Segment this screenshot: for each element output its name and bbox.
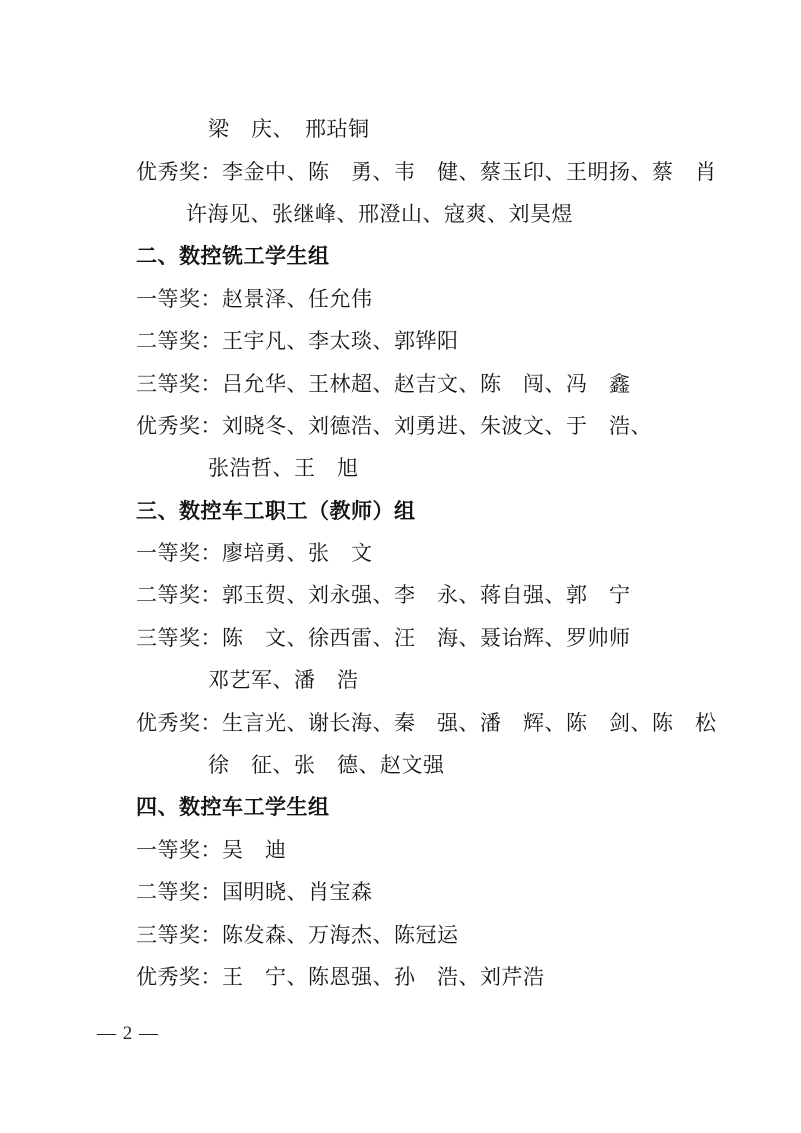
page-number: — 2 — bbox=[97, 1023, 159, 1044]
continuation-line: 许海见、张继峰、邢澄山、寇爽、刘昊煜 bbox=[136, 192, 756, 234]
award-names: 邓艺军、潘 浩 bbox=[208, 664, 359, 694]
award-names: 徐 征、张 德、赵文强 bbox=[208, 749, 445, 779]
continuation-line: 邓艺军、潘 浩 bbox=[136, 658, 756, 700]
award-label: 一等奖： bbox=[136, 537, 222, 567]
award-label: 优秀奖： bbox=[136, 707, 222, 737]
award-names: 国明晓、肖宝森 bbox=[222, 876, 373, 906]
award-line-first-prize: 一等奖：廖培勇、张 文 bbox=[136, 531, 756, 573]
award-line-first-prize: 一等奖：赵景泽、任允伟 bbox=[136, 277, 756, 319]
award-names: 许海见、张继峰、邢澄山、寇爽、刘昊煜 bbox=[186, 198, 573, 228]
award-names: 赵景泽、任允伟 bbox=[222, 283, 373, 313]
award-line-third-prize: 三等奖：陈发森、万海杰、陈冠运 bbox=[136, 912, 756, 954]
award-names: 郭玉贺、刘永强、李 永、蒋自强、郭 宁 bbox=[222, 579, 631, 609]
page-footer: — 2 — bbox=[97, 1023, 159, 1045]
award-label: 优秀奖： bbox=[136, 156, 222, 186]
award-line-excellence: 优秀奖：刘晓冬、刘德浩、刘勇进、朱波文、于 浩、 bbox=[136, 404, 756, 446]
section-heading-text: 二、数控铣工学生组 bbox=[136, 240, 330, 270]
award-names: 吕允华、王林超、赵吉文、陈 闯、冯 鑫 bbox=[222, 368, 631, 398]
award-names: 张浩哲、王 旭 bbox=[208, 452, 359, 482]
award-line-second-prize: 二等奖：王宇凡、李太琰、郭铧阳 bbox=[136, 319, 756, 361]
award-names: 生言光、谢长海、秦 强、潘 辉、陈 剑、陈 松 bbox=[222, 707, 717, 737]
section-heading-milling-students: 二、数控铣工学生组 bbox=[136, 234, 756, 276]
award-line-third-prize: 三等奖：陈 文、徐西雷、汪 海、聂诒辉、罗帅师 bbox=[136, 616, 756, 658]
award-label: 三等奖： bbox=[136, 919, 222, 949]
document-body: 梁 庆、 邢玷铜 优秀奖：李金中、陈 勇、韦 健、蔡玉印、王明扬、蔡 肖 许海见… bbox=[136, 107, 756, 997]
award-names: 李金中、陈 勇、韦 健、蔡玉印、王明扬、蔡 肖 bbox=[222, 156, 717, 186]
section-heading-turning-staff: 三、数控车工职工（教师）组 bbox=[136, 489, 756, 531]
award-line-excellence: 优秀奖：王 宁、陈恩强、孙 浩、刘芹浩 bbox=[136, 955, 756, 997]
award-label: 二等奖： bbox=[136, 579, 222, 609]
award-names: 王宇凡、李太琰、郭铧阳 bbox=[222, 325, 459, 355]
award-names: 廖培勇、张 文 bbox=[222, 537, 373, 567]
award-line-excellence: 优秀奖：生言光、谢长海、秦 强、潘 辉、陈 剑、陈 松 bbox=[136, 700, 756, 742]
award-label: 三等奖： bbox=[136, 622, 222, 652]
carryover-continuation-line: 梁 庆、 邢玷铜 bbox=[136, 107, 756, 149]
section-heading-turning-students: 四、数控车工学生组 bbox=[136, 785, 756, 827]
award-label: 二等奖： bbox=[136, 876, 222, 906]
award-names: 刘晓冬、刘德浩、刘勇进、朱波文、于 浩、 bbox=[222, 410, 652, 440]
award-names: 陈 文、徐西雷、汪 海、聂诒辉、罗帅师 bbox=[222, 622, 631, 652]
section-heading-text: 四、数控车工学生组 bbox=[136, 791, 330, 821]
award-line-second-prize: 二等奖：国明晓、肖宝森 bbox=[136, 870, 756, 912]
continuation-line: 张浩哲、王 旭 bbox=[136, 446, 756, 488]
award-names: 陈发森、万海杰、陈冠运 bbox=[222, 919, 459, 949]
award-line-first-prize: 一等奖：吴 迪 bbox=[136, 828, 756, 870]
award-line-third-prize: 三等奖：吕允华、王林超、赵吉文、陈 闯、冯 鑫 bbox=[136, 361, 756, 403]
continuation-line: 徐 征、张 德、赵文强 bbox=[136, 743, 756, 785]
award-names: 梁 庆、 邢玷铜 bbox=[208, 113, 370, 143]
award-names: 吴 迪 bbox=[222, 834, 287, 864]
section-heading-text: 三、数控车工职工（教师）组 bbox=[136, 495, 416, 525]
award-line-second-prize: 二等奖：郭玉贺、刘永强、李 永、蒋自强、郭 宁 bbox=[136, 573, 756, 615]
award-label: 优秀奖： bbox=[136, 961, 222, 991]
award-label: 一等奖： bbox=[136, 283, 222, 313]
award-names: 王 宁、陈恩强、孙 浩、刘芹浩 bbox=[222, 961, 545, 991]
award-label: 二等奖： bbox=[136, 325, 222, 355]
award-line-excellence-carryover: 优秀奖：李金中、陈 勇、韦 健、蔡玉印、王明扬、蔡 肖 bbox=[136, 149, 756, 191]
award-label: 一等奖： bbox=[136, 834, 222, 864]
award-label: 三等奖： bbox=[136, 368, 222, 398]
award-label: 优秀奖： bbox=[136, 410, 222, 440]
